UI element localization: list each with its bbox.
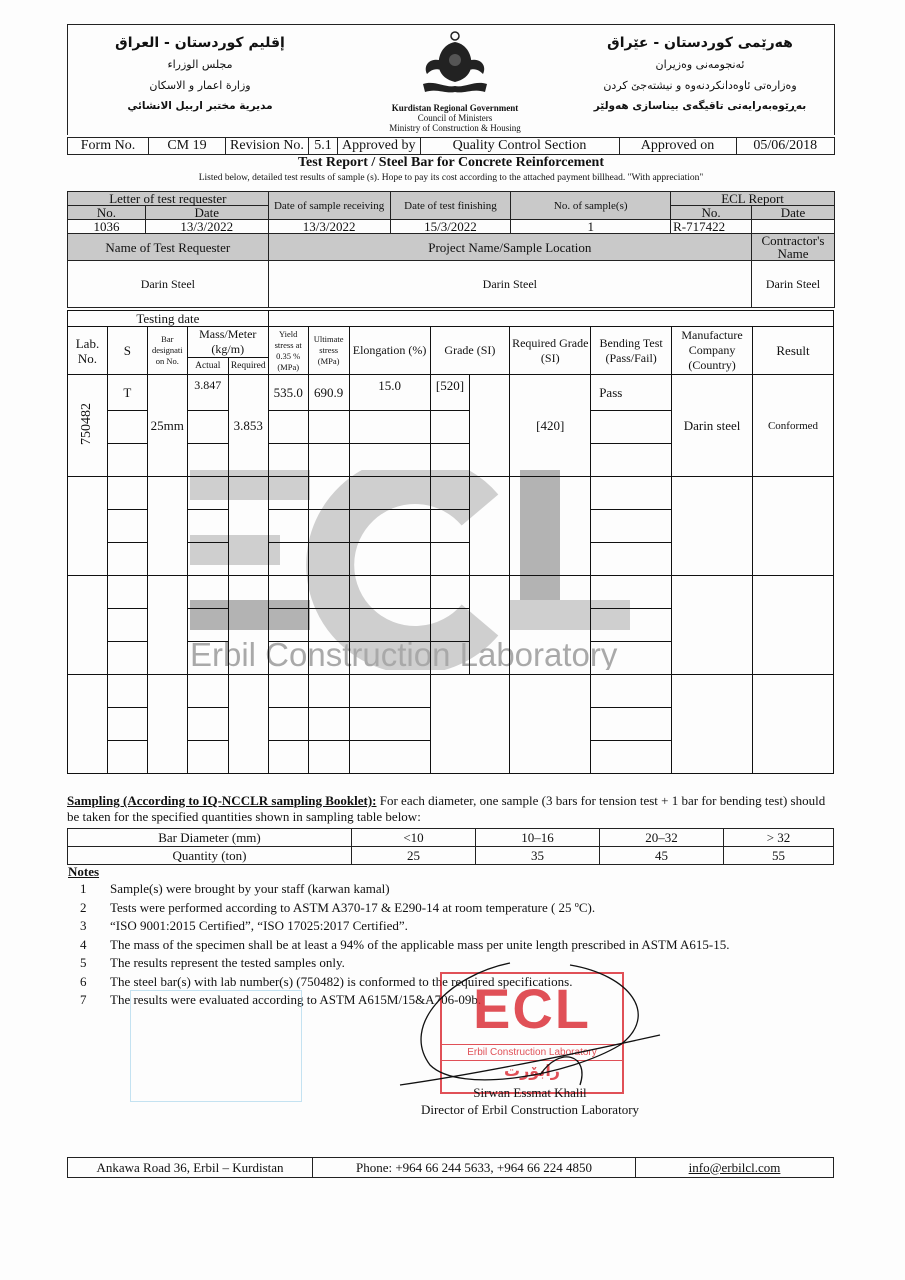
- bar-designation: 25mm: [147, 375, 187, 477]
- signatory-title: Director of Erbil Construction Laborator…: [380, 1102, 680, 1118]
- arabic-line-3: مديرية مختبر اربيل الانشائي: [80, 96, 320, 117]
- ministry-name: Ministry of Construction & Housing: [355, 123, 555, 133]
- letter-date-label: Date: [145, 206, 268, 220]
- gov-name: Kurdistan Regional Government: [355, 103, 555, 113]
- quantity-label: Quantity (ton): [68, 847, 352, 865]
- mass-actual: 3.847: [187, 375, 228, 411]
- contractor-label: Contractor's Name: [751, 234, 834, 261]
- document-title: Test Report / Steel Bar for Concrete Rei…: [67, 155, 835, 171]
- form-no-label: Form No.: [68, 138, 149, 155]
- col-mass-meter: Mass/Meter (kg/m): [187, 327, 268, 358]
- approved-by: Quality Control Section: [420, 138, 619, 155]
- contractor-name: Darin Steel: [751, 261, 834, 308]
- mass-required: 3.853: [228, 375, 268, 477]
- kurdistan-eagle-emblem-icon: [415, 30, 495, 96]
- col-bending-test: Bending Test (Pass/Fail): [591, 327, 672, 375]
- ultimate-stress: 690.9: [308, 375, 349, 411]
- arabic-line-2: وزارة اعمار و الاسكان: [80, 75, 320, 96]
- sampling-paragraph: Sampling (According to IQ-NCCLR sampling…: [67, 793, 837, 825]
- form-no: CM 19: [149, 138, 226, 155]
- address: Ankawa Road 36, Erbil – Kurdistan: [68, 1158, 313, 1178]
- letter-no-label: No.: [68, 206, 146, 220]
- bar-diameter-label: Bar Diameter (mm): [68, 829, 352, 847]
- kurdish-line-3: بەڕێوەبەرایەتی تاقیگەی بیناسازی هەولێر: [575, 96, 825, 117]
- ecl-report-label: ECL Report: [671, 192, 835, 206]
- quantity-4: 55: [724, 847, 834, 865]
- signature-scribble: [390, 955, 670, 1095]
- ecl-report-date: [751, 220, 834, 234]
- testing-date: [268, 311, 833, 327]
- revision-no: 5.1: [309, 138, 338, 155]
- letter-header: Letter of test requester: [68, 192, 269, 206]
- bending-test: Pass: [591, 375, 672, 411]
- kurdish-line-1: ئەنجومەنی وەزیران: [575, 54, 825, 75]
- arabic-letterhead: إقليم كوردستان - العراق مجلس الوزراء وزا…: [80, 32, 320, 117]
- samples-label: No. of sample(s): [511, 192, 671, 220]
- approved-by-label: Approved by: [338, 138, 421, 155]
- kurdish-line-2: وەزارەتی ئاوەدانکردنەوە و نیشتەجێ کردن: [575, 75, 825, 96]
- ecl-no-label: No.: [671, 206, 752, 220]
- signatory-name: Sirwan Essmat Khalil: [380, 1085, 680, 1101]
- project-label: Project Name/Sample Location: [268, 234, 751, 261]
- receiving-date: 13/3/2022: [268, 220, 390, 234]
- kurdish-title: هەرێمی کوردستان - عێراق: [575, 32, 825, 54]
- col-result: Result: [753, 327, 834, 375]
- table-row: [68, 576, 834, 609]
- col-elongation: Elongation (%): [349, 327, 430, 375]
- col-actual: Actual: [187, 358, 228, 375]
- requester-label: Name of Test Requester: [68, 234, 269, 261]
- blue-lab-stamp: [130, 990, 302, 1102]
- note-item: 3“ISO 9001:2015 Certified”, “ISO 17025:2…: [80, 917, 730, 936]
- note-item: 2Tests were performed according to ASTM …: [80, 899, 730, 918]
- diameter-1: <10: [352, 829, 476, 847]
- finishing-date: 15/3/2022: [390, 220, 511, 234]
- manufacture-company: Darin steel: [672, 375, 753, 477]
- project-name: Darin Steel: [268, 261, 751, 308]
- arabic-line-1: مجلس الوزراء: [80, 54, 320, 75]
- col-ultimate-stress: Ultimate stress (MPa): [308, 327, 349, 375]
- lab-no-cell: 750482: [68, 375, 108, 477]
- phone: Phone: +964 66 244 5633, +964 66 224 485…: [313, 1158, 636, 1178]
- krg-emblem-block: Kurdistan Regional Government Council of…: [355, 30, 555, 133]
- elongation: 15.0: [349, 375, 430, 411]
- table-row: [68, 675, 834, 708]
- arabic-title: إقليم كوردستان - العراق: [80, 32, 320, 54]
- lab-no: 750482: [79, 403, 95, 445]
- col-s: S: [107, 327, 147, 375]
- col-yield-stress: Yield stress at 0.35 % (MPa): [268, 327, 308, 375]
- diameter-2: 10–16: [476, 829, 600, 847]
- quantity-2: 35: [476, 847, 600, 865]
- testing-date-label: Testing date: [68, 311, 269, 327]
- col-manufacture: Manufacture Company (Country): [672, 327, 753, 375]
- col-lab-no: Lab. No.: [68, 327, 108, 375]
- col-required-grade: Required Grade (SI): [510, 327, 591, 375]
- note-item: 1Sample(s) were brought by your staff (k…: [80, 880, 730, 899]
- s-value: T: [107, 375, 147, 411]
- letter-no: 1036: [68, 220, 146, 234]
- sampling-table: Bar Diameter (mm) <10 10–16 20–32 > 32 Q…: [67, 828, 834, 865]
- form-info-strip: Form No. CM 19 Revision No. 5.1 Approved…: [67, 137, 835, 155]
- request-info-table: Letter of test requester Date of sample …: [67, 191, 835, 308]
- kurdish-letterhead: هەرێمی کوردستان - عێراق ئەنجومەنی وەزیرا…: [575, 32, 825, 117]
- requester-name: Darin Steel: [68, 261, 269, 308]
- table-row: 750482 T 25mm 3.847 3.853 535.0 690.9 15…: [68, 375, 834, 411]
- col-required: Required: [228, 358, 268, 375]
- result: Conformed: [753, 375, 834, 477]
- col-bar-designation: Bar designati on No.: [147, 327, 187, 375]
- results-table: Testing date Lab. No. S Bar designati on…: [67, 310, 834, 774]
- diameter-3: 20–32: [600, 829, 724, 847]
- required-grade: [420]: [510, 375, 591, 477]
- revision-label: Revision No.: [226, 138, 309, 155]
- footer-contact: Ankawa Road 36, Erbil – Kurdistan Phone:…: [67, 1157, 834, 1178]
- ecl-report-no: R-717422: [671, 220, 752, 234]
- quantity-1: 25: [352, 847, 476, 865]
- table-row: [68, 477, 834, 510]
- sampling-heading: Sampling (According to IQ-NCCLR sampling…: [67, 793, 377, 808]
- letter-date: 13/3/2022: [145, 220, 268, 234]
- diameter-4: > 32: [724, 829, 834, 847]
- col-grade: Grade (SI): [430, 327, 510, 375]
- grade: [520]: [430, 375, 470, 411]
- note-item: 4The mass of the specimen shall be at le…: [80, 936, 730, 955]
- quantity-3: 45: [600, 847, 724, 865]
- council-name: Council of Ministers: [355, 113, 555, 123]
- email-link[interactable]: info@erbilcl.com: [636, 1158, 834, 1178]
- intro-text: Listed below, detailed test results of s…: [67, 173, 835, 183]
- notes-heading: Notes: [68, 864, 99, 880]
- finishing-label: Date of test finishing: [390, 192, 511, 220]
- yield-stress: 535.0: [268, 375, 308, 411]
- receiving-label: Date of sample receiving: [268, 192, 390, 220]
- approved-on-label: Approved on: [619, 138, 736, 155]
- approved-on: 05/06/2018: [736, 138, 835, 155]
- sample-count: 1: [511, 220, 671, 234]
- ecl-date-label: Date: [751, 206, 834, 220]
